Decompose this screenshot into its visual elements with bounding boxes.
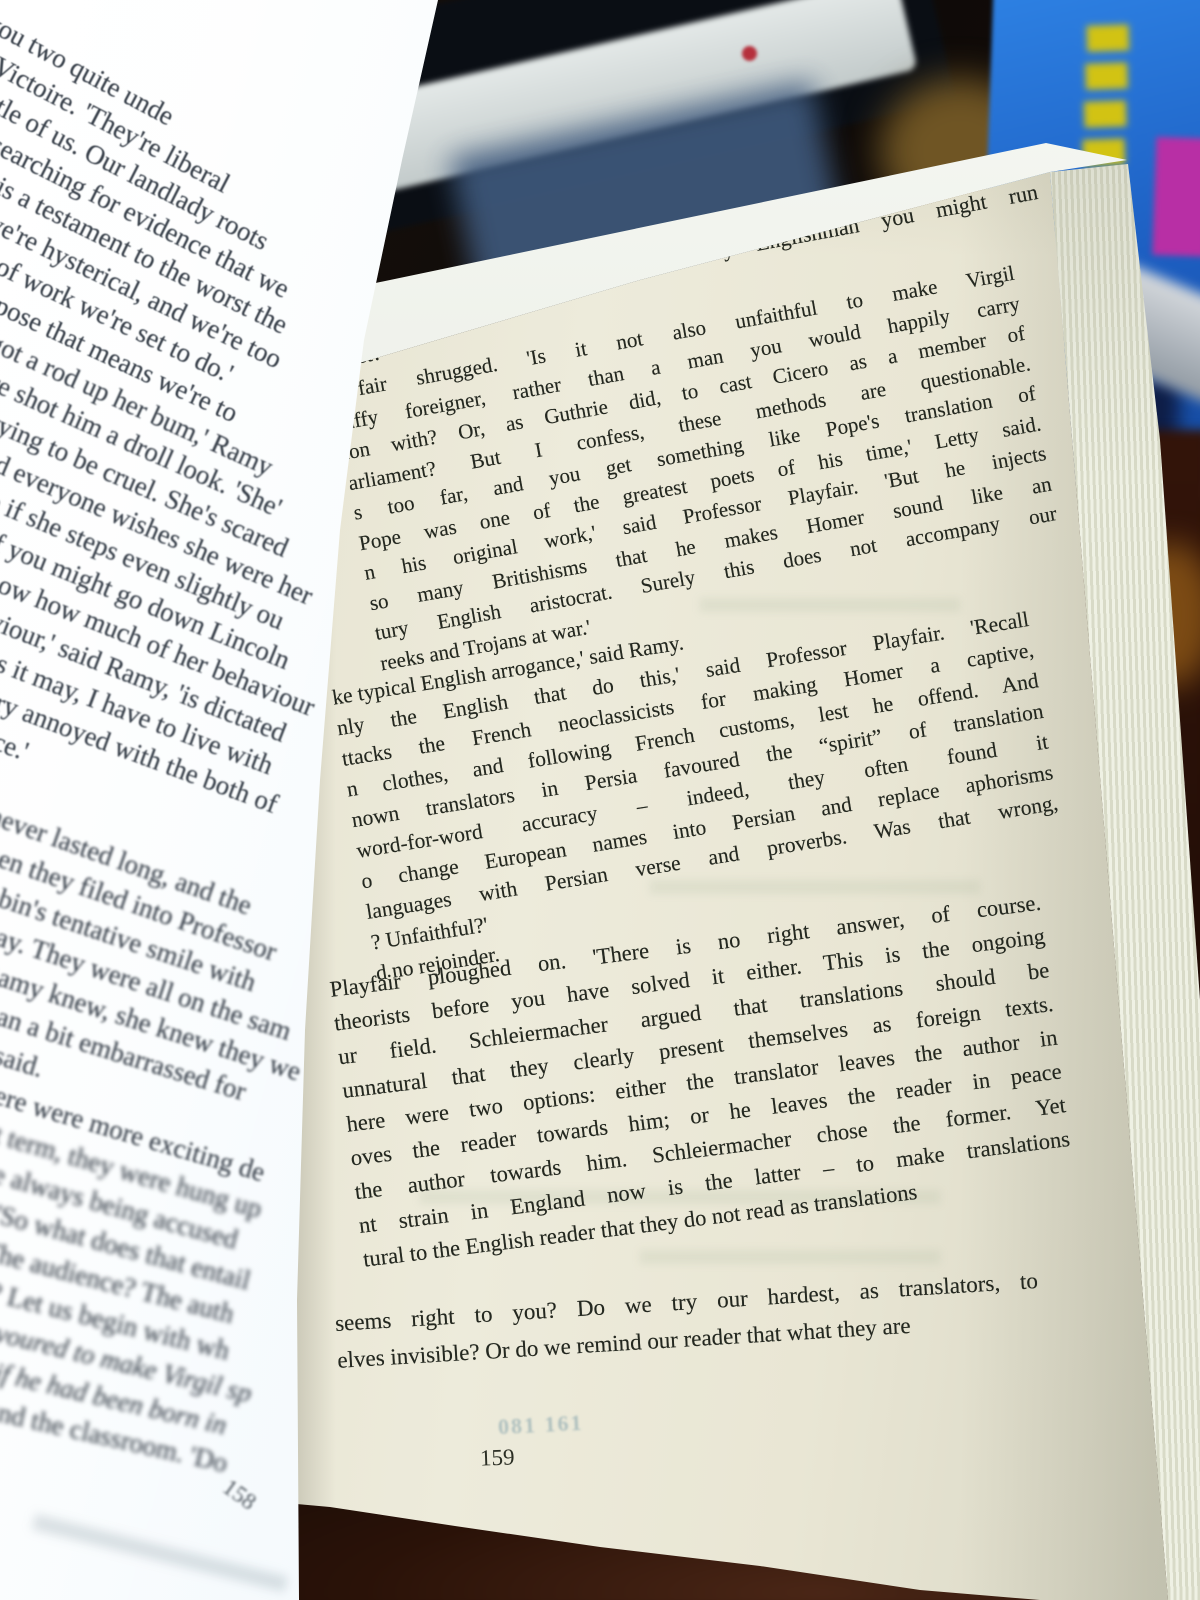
monitor-logo-dot-icon: [742, 46, 757, 61]
blue-box-spine-mark: [1084, 100, 1127, 127]
page-number-right: 159: [480, 1444, 515, 1471]
blue-box-magenta-patch: [1152, 137, 1200, 257]
ink-bleedthrough: [640, 1250, 940, 1264]
bleedthrough-page-number: 081 161: [497, 1410, 584, 1440]
photo-open-paperback-book: said Ramy. 'No, I don't think that can p…: [0, 0, 1200, 1600]
blue-box-spine-mark: [1086, 24, 1129, 51]
blue-box-spine-mark: [1085, 62, 1128, 89]
